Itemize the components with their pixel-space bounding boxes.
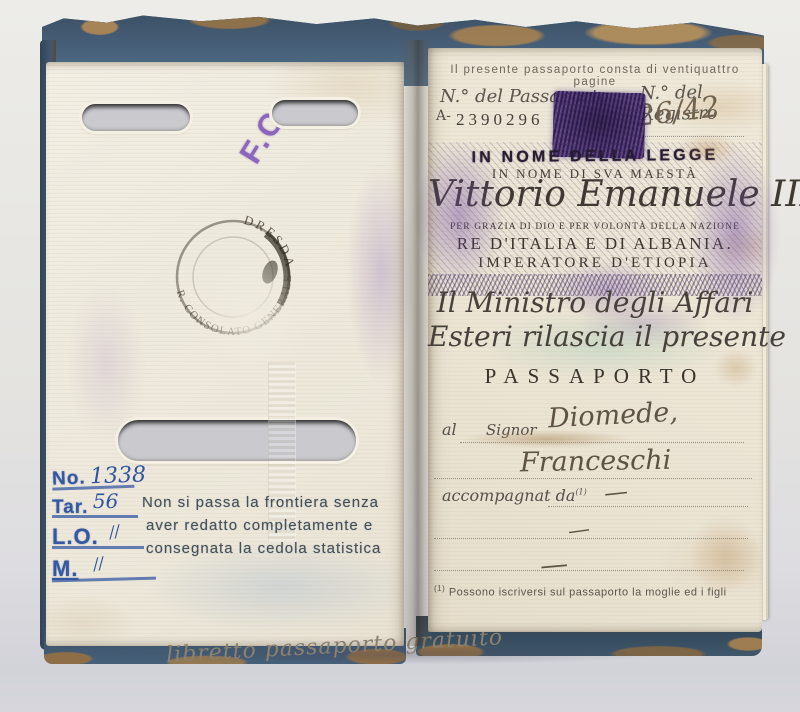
right-page: Il presente passaporto consta di ventiqu… [428,48,762,632]
dash-stroke: — [539,547,566,582]
first-name-handwriting: Diomede, [547,397,678,435]
royal-title-line: IMPERATORE D'ETIOPIA [428,255,762,272]
blank-line [548,506,748,507]
registry-stamp-value: 1338 [90,462,147,489]
blank-line [434,570,744,571]
notice-line: aver redatto completamente e [146,517,381,534]
registry-stamp-row: No. 1338 [52,462,147,490]
registry-stamp-row: L.O. // [52,524,144,549]
footnote-ref: (1) [575,488,586,497]
last-name-handwriting: Franceschi [520,445,672,479]
footnote-marker: (1) [434,584,445,593]
registry-stamp-label: Tar. [52,497,88,518]
cutout-slot-bottom [118,420,356,461]
sovereign-name: Vittorio Emanuele III [428,174,762,215]
minister-line: Esteri rilascia il presente [428,320,762,353]
signor-label: Signor [486,421,537,439]
left-page: 5 F.C. DRESDA R. CONSOLATO GENERALE [46,62,404,646]
registry-stamp-label: L.O. [52,524,99,549]
registry-stamp-value: // [91,553,105,574]
name-line [434,478,752,479]
name-line [460,442,744,443]
cutout-slot-top-left [82,104,190,131]
age-stain [690,514,760,594]
registry-number-line [642,136,744,137]
svg-text:R. CONSOLATO GENERALE: R. CONSOLATO GENERALE [174,274,294,338]
frontier-notice-stamp: Non si passa la frontiera senza aver red… [142,494,381,557]
ink-bleed [346,162,416,382]
blank-line [434,538,748,539]
footnote: (1) Possono iscriversi sul passaporto la… [434,584,760,599]
registry-stamp-value: // [107,521,121,542]
al-label: al [442,420,457,439]
footnote-text: Possono iscriversi sul passaporto la mog… [449,587,727,599]
accompanied-label: accompagnat da(1) [442,486,587,505]
notice-line: Non si passa la frontiera senza [142,494,381,511]
consulate-round-stamp: DRESDA R. CONSOLATO GENERALE [162,206,304,348]
minister-line: Il Ministro degli Affari [428,286,762,319]
registry-stamp-label: M. [52,556,78,581]
grace-line: PER GRAZIA DI DIO E PER VOLONTÀ DELLA NA… [428,222,762,232]
accompanied-text: accompagnat da [442,486,575,505]
passport-number-value: 2390296 [456,110,544,130]
notice-line: consegnata la cedola statistica [146,540,381,557]
dash-stroke: — [566,517,591,545]
stamp-bottom-text: R. CONSOLATO GENERALE [174,274,294,338]
royal-title-line: RE D'ITALIA E DI ALBANIA. [428,234,762,254]
registry-stamp-label: No. [52,467,86,489]
document-title: PASSAPORTO [428,364,762,389]
passport-scan: 5 F.C. DRESDA R. CONSOLATO GENERALE [0,0,800,712]
cutout-slot-top-right [272,100,358,126]
registry-stamp-row: Tar. 56 [52,494,138,518]
legge-overstamp: IN NOME DELLA LEGGE [428,146,762,167]
passport-number-prefix: A- [436,108,451,124]
registry-stamp-row: M. // [52,556,156,581]
registry-stamp-value: 56 [93,489,118,513]
dash-stroke: — [603,477,630,507]
ink-bleed [66,282,146,442]
